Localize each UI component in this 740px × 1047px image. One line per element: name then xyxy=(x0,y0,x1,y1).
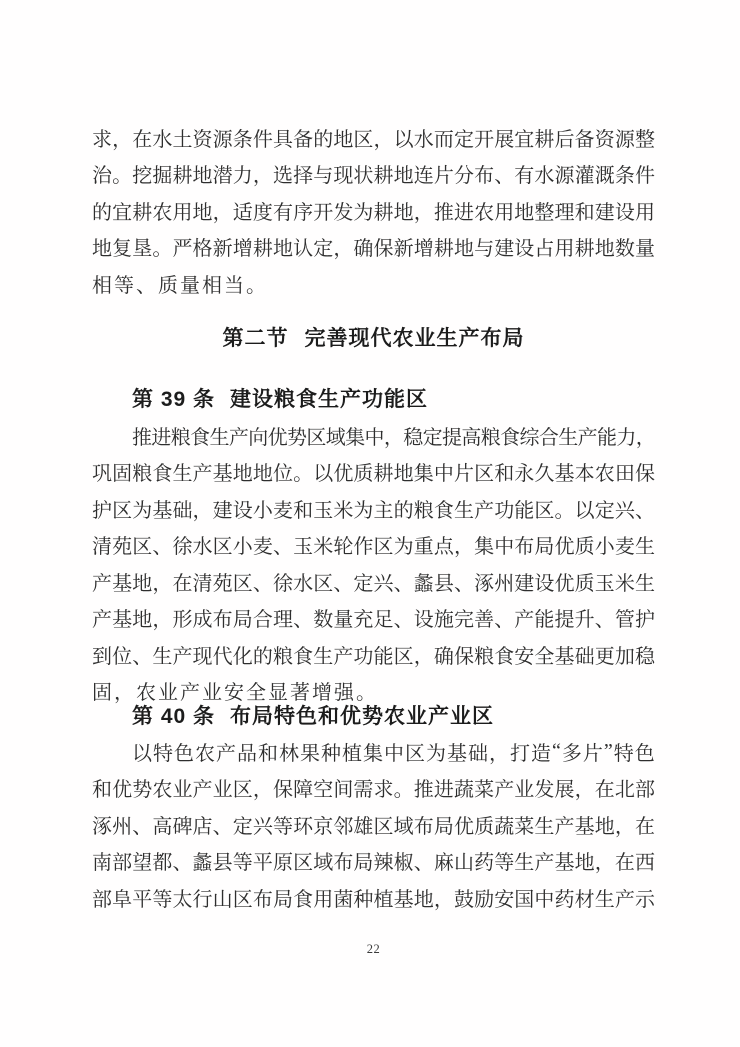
text-line: 的宜耕农用地，适度有序开发为耕地，推进农用地整理和建设用 xyxy=(92,192,655,229)
paragraph-article-39-body: 推进粮食生产向优势区域集中，稳定提高粮食综合生产能力，巩固粮食生产基地地位。以优… xyxy=(92,417,655,709)
article-40-heading: 第 40 条 布局特色和优势农业产业区 xyxy=(92,698,655,732)
text-line: 以特色农产品和林果种植集中区为基础，打造“多片”特色 xyxy=(92,733,655,770)
text-line: 产基地，形成布局合理、数量充足、设施完善、产能提升、管护 xyxy=(92,600,655,637)
paragraph-continued-from-previous-page: 求，在水土资源条件具备的地区，以水而定开展宜耕后备资源整治。挖掘耕地潜力，选择与… xyxy=(92,119,655,302)
article-39-title: 建设粮食生产功能区 xyxy=(230,383,428,413)
article-39-heading: 第 39 条 建设粮食生产功能区 xyxy=(92,381,655,415)
document-page: 求，在水土资源条件具备的地区，以水而定开展宜耕后备资源整治。挖掘耕地潜力，选择与… xyxy=(0,0,740,1047)
text-line: 产基地，在清苑区、徐水区、定兴、蠡县、涿州建设优质玉米生 xyxy=(92,563,655,600)
article-39-number: 第 39 条 xyxy=(132,383,215,413)
text-line: 部阜平等太行山区布局食用菌种植基地，鼓励安国中药材生产示 xyxy=(92,879,655,916)
text-line: 涿州、高碑店、定兴等环京邻雄区域布局优质蔬菜生产基地，在 xyxy=(92,806,655,843)
article-40-number: 第 40 条 xyxy=(132,700,215,730)
section-heading: 第二节 完善现代农业生产布局 xyxy=(92,320,655,354)
text-line: 到位、生产现代化的粮食生产功能区，确保粮食安全基础更加稳 xyxy=(92,636,655,673)
text-line: 治。挖掘耕地潜力，选择与现状耕地连片分布、有水源灌溉条件 xyxy=(92,156,655,193)
text-line: 地复垦。严格新增耕地认定，确保新增耕地与建设占用耕地数量 xyxy=(92,229,655,266)
article-40-title: 布局特色和优势农业产业区 xyxy=(230,700,494,730)
text-line: 和优势农业产业区，保障空间需求。推进蔬菜产业发展，在北部 xyxy=(92,770,655,807)
text-line: 护区为基础，建设小麦和玉米为主的粮食生产功能区。以定兴、 xyxy=(92,490,655,527)
text-line: 巩固粮食生产基地地位。以优质耕地集中片区和永久基本农田保 xyxy=(92,454,655,491)
text-line: 推进粮食生产向优势区域集中，稳定提高粮食综合生产能力， xyxy=(92,417,655,454)
section-heading-title: 完善现代农业生产布局 xyxy=(305,322,525,352)
text-line: 求，在水土资源条件具备的地区，以水而定开展宜耕后备资源整 xyxy=(92,119,655,156)
paragraph-article-40-body: 以特色农产品和林果种植集中区为基础，打造“多片”特色和优势农业产业区，保障空间需… xyxy=(92,733,655,916)
text-line: 南部望都、蠡县等平原区域布局辣椒、麻山药等生产基地，在西 xyxy=(92,843,655,880)
section-heading-number: 第二节 xyxy=(223,322,289,352)
page-number: 22 xyxy=(92,942,655,957)
text-line: 清苑区、徐水区小麦、玉米轮作区为重点，集中布局优质小麦生 xyxy=(92,527,655,564)
text-line: 相等、质量相当。 xyxy=(92,265,655,302)
